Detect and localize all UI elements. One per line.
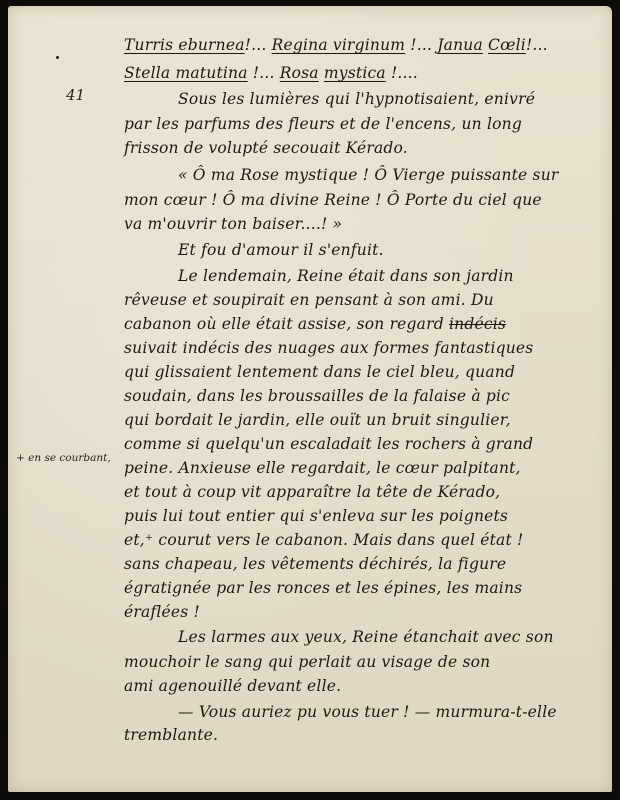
text-line: Le lendemain, Reine était dans son jardi… bbox=[178, 267, 514, 285]
manuscript-page: 41 + en se courbant, Turris eburnea!... … bbox=[8, 6, 612, 792]
text-segment: cabanon où elle était assise, son regard bbox=[124, 315, 449, 333]
struck-word: indécis bbox=[449, 315, 506, 333]
text-line: va m'ouvrir ton baiser....! » bbox=[124, 215, 342, 233]
punctuation: !... bbox=[248, 64, 280, 82]
text-line: qui glissaient lentement dans le ciel bl… bbox=[124, 363, 515, 381]
text-line: tremblante. bbox=[124, 726, 218, 744]
text-line: sans chapeau, les vêtements déchirés, la… bbox=[124, 555, 506, 573]
text-line: et,⁺ courut vers le cabanon. Mais dans q… bbox=[124, 531, 523, 549]
text-line: Sous les lumières qui l'hypnotisaient, e… bbox=[178, 90, 535, 108]
text-line: peine. Anxieuse elle regardait, le cœur … bbox=[124, 459, 521, 477]
text-line: Stella matutina !... Rosa mystica !.... bbox=[124, 64, 418, 82]
text-line: qui bordait le jardin, elle ouït un brui… bbox=[124, 411, 511, 429]
punctuation: !... bbox=[245, 36, 272, 54]
text-line: par les parfums des fleurs et de l'encen… bbox=[124, 115, 522, 133]
text-line: mon cœur ! Ô ma divine Reine ! Ô Porte d… bbox=[124, 191, 542, 209]
text-line: comme si quelqu'un escaladait les rocher… bbox=[124, 435, 533, 453]
text-line: égratignée par les ronces et les épines,… bbox=[124, 579, 522, 597]
latin-phrase: Stella matutina bbox=[124, 64, 248, 82]
text-line: puis lui tout entier qui s'enleva sur le… bbox=[124, 507, 508, 525]
page-number: 41 bbox=[66, 86, 85, 104]
text-line: cabanon où elle était assise, son regard… bbox=[124, 315, 506, 333]
latin-phrase: Janua bbox=[437, 36, 483, 54]
punctuation: !... bbox=[526, 36, 548, 54]
text-line: éraflées ! bbox=[124, 603, 200, 621]
latin-phrase: mystica bbox=[324, 64, 386, 82]
text-line: suivait indécis des nuages aux formes fa… bbox=[124, 339, 533, 357]
text-line: rêveuse et soupirait en pensant à son am… bbox=[124, 291, 494, 309]
latin-phrase: Rosa bbox=[280, 64, 319, 82]
latin-phrase: Turris eburnea bbox=[124, 36, 245, 54]
text-line: mouchoir le sang qui perlait au visage d… bbox=[124, 653, 490, 671]
text-line: « Ô ma Rose mystique ! Ô Vierge puissant… bbox=[178, 166, 559, 184]
latin-phrase: Cœli bbox=[488, 36, 526, 54]
punctuation: !... bbox=[405, 36, 437, 54]
ink-speck bbox=[56, 56, 59, 59]
text-line: Les larmes aux yeux, Reine étanchait ave… bbox=[178, 628, 554, 646]
text-line: Et fou d'amour il s'enfuit. bbox=[178, 241, 384, 259]
text-line: frisson de volupté secouait Kérado. bbox=[124, 139, 408, 157]
latin-phrase: Regina virginum bbox=[272, 36, 406, 54]
margin-note: + en se courbant, bbox=[16, 452, 111, 464]
text-line: ami agenouillé devant elle. bbox=[124, 677, 341, 695]
text-line: et tout à coup vit apparaître la tête de… bbox=[124, 483, 500, 501]
punctuation: !.... bbox=[386, 64, 418, 82]
text-line: — Vous auriez pu vous tuer ! — murmura-t… bbox=[178, 703, 557, 721]
text-line: Turris eburnea!... Regina virginum !... … bbox=[124, 36, 548, 54]
text-line: soudain, dans les broussailles de la fal… bbox=[124, 387, 510, 405]
